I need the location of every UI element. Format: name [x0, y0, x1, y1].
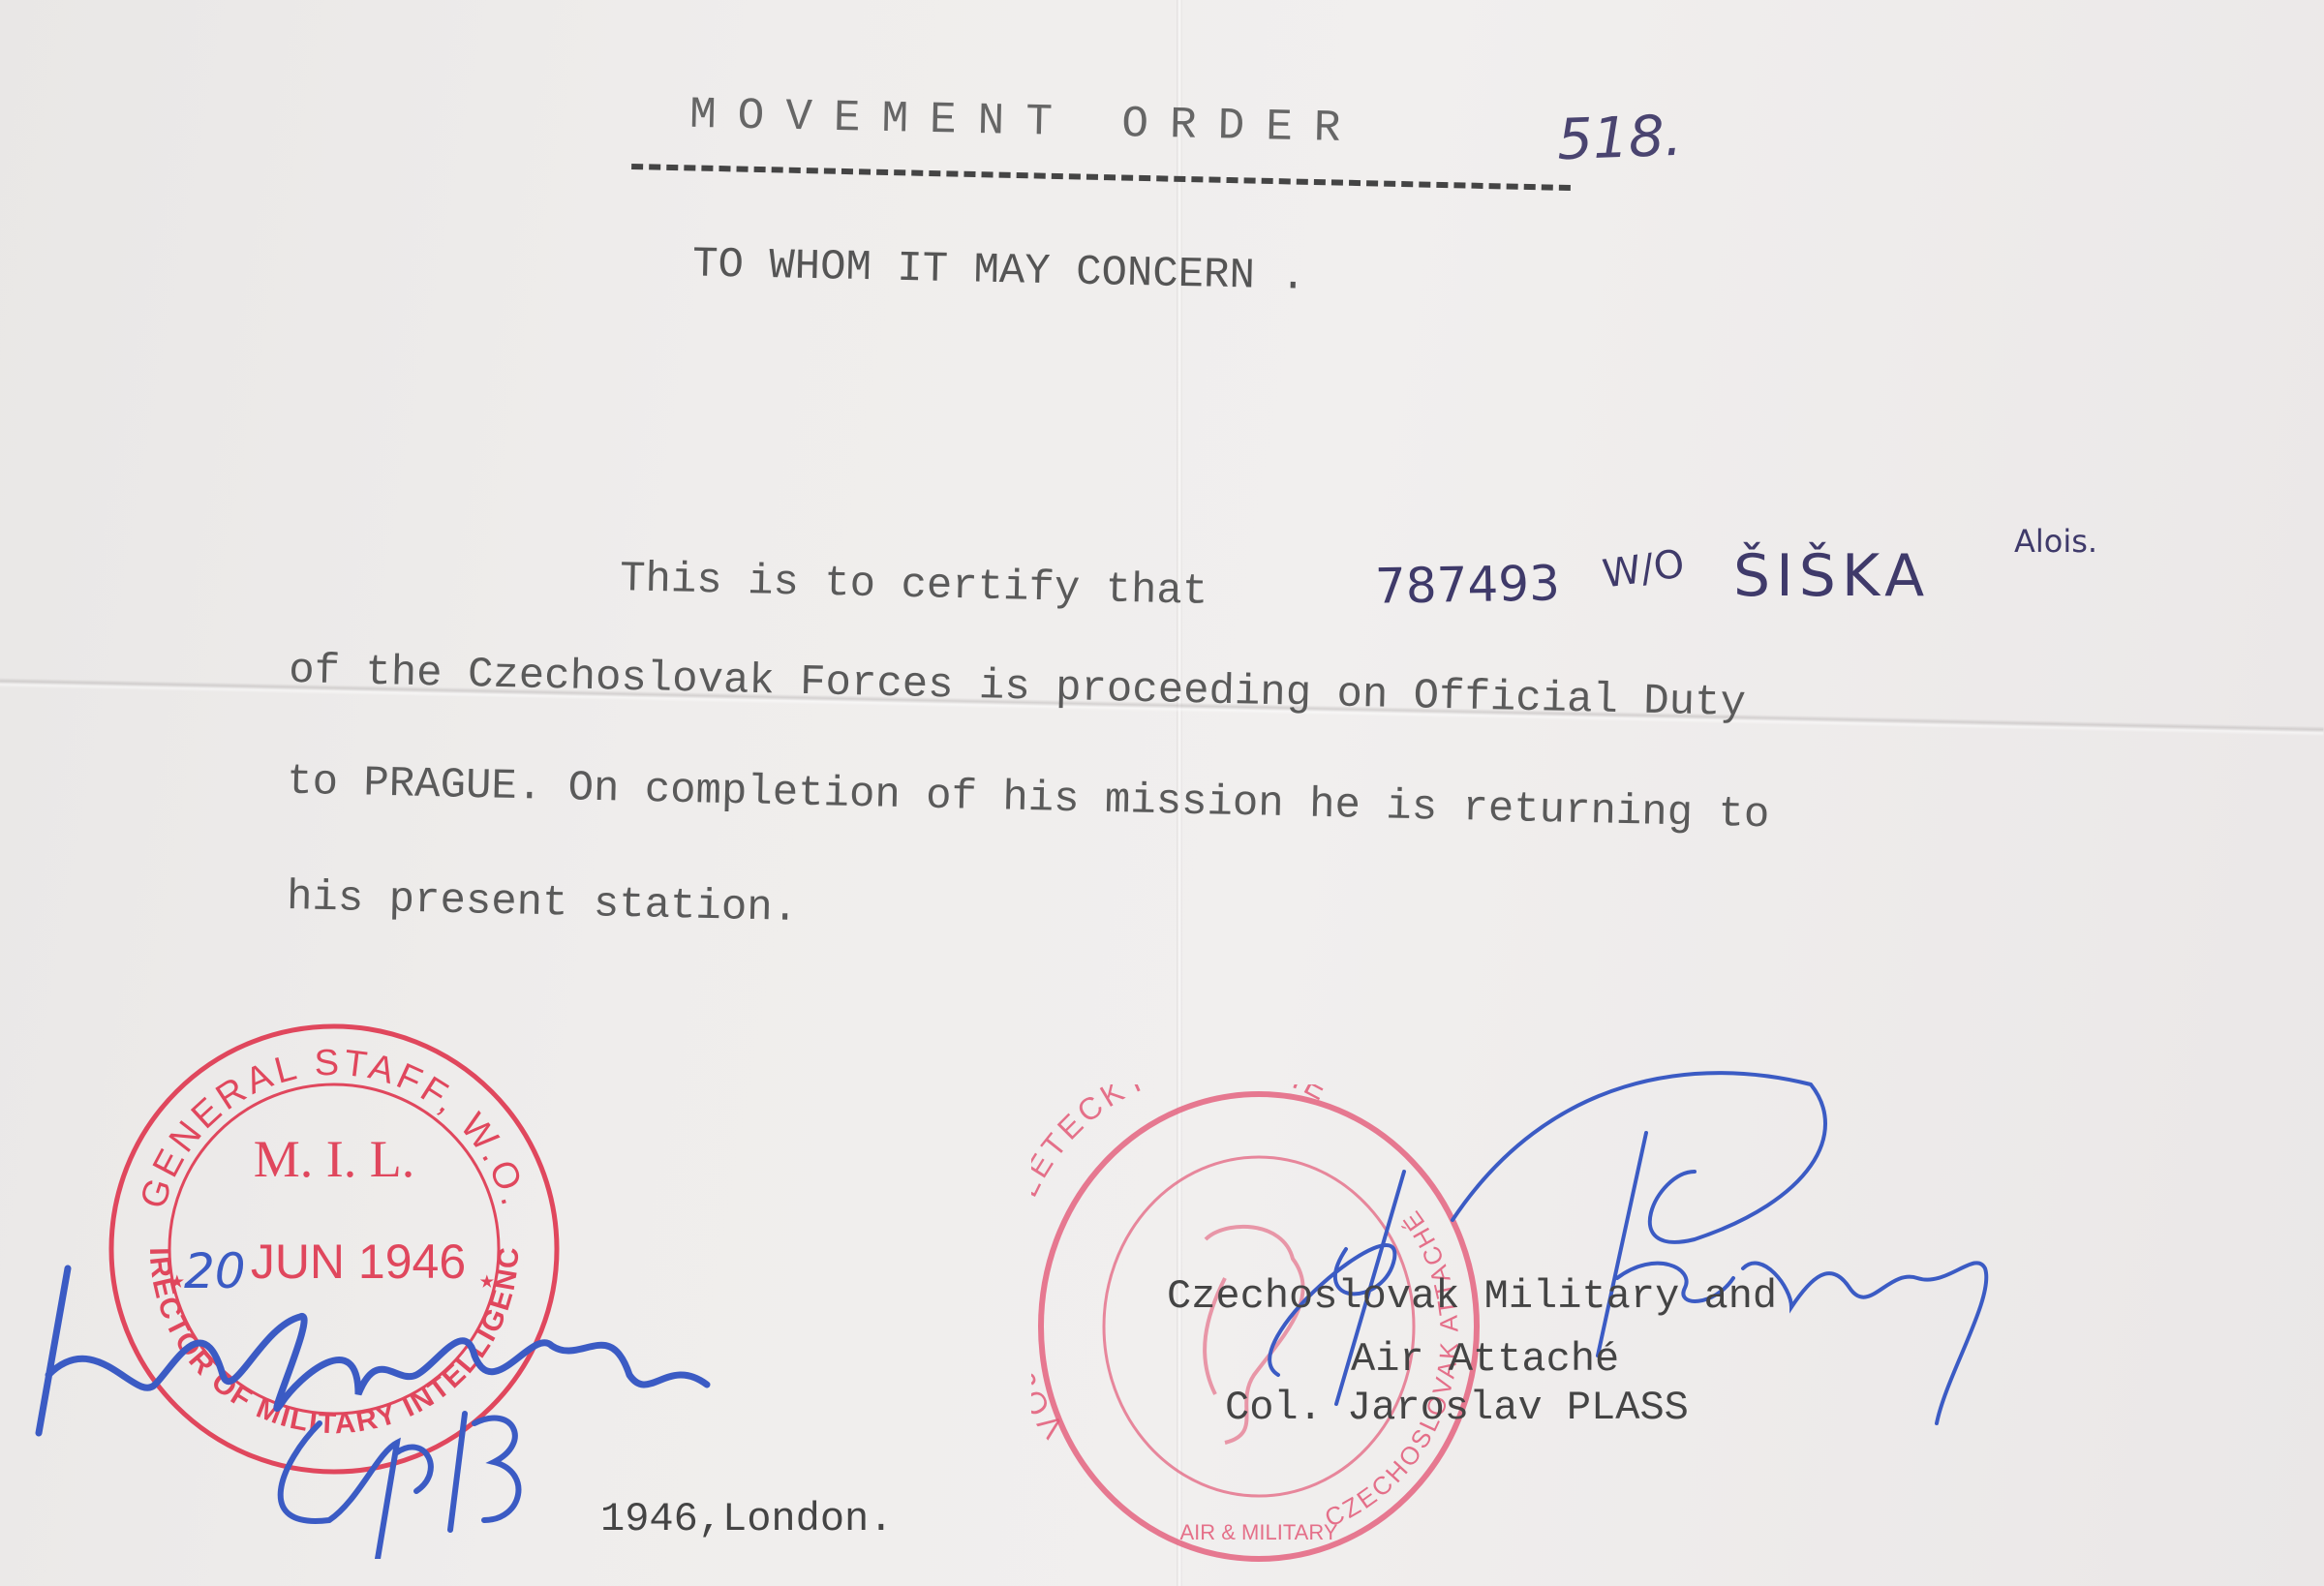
signature-block-line-1: Czechoslovak Military and	[1167, 1273, 1777, 1320]
body-line-3: to PRAGUE. On completion of his mission …	[287, 758, 1770, 840]
body-line-2: of the Czechoslovak Forces is proceeding…	[289, 647, 1747, 728]
signature-block-line-2: Air Attaché	[1351, 1336, 1619, 1383]
heading-underline	[631, 164, 1571, 191]
signature-block-line-3: Col. Jaroslav PLASS	[1225, 1385, 1689, 1431]
document-heading: MOVEMENT ORDER	[689, 90, 1362, 155]
salutation: TO WHOM IT MAY CONCERN .	[692, 240, 1307, 301]
place-date: 1946,London.	[600, 1496, 893, 1542]
surname: ŠIŠKA	[1733, 542, 1930, 610]
order-number: 518.	[1556, 103, 1683, 172]
first-name: Alois.	[2014, 523, 2097, 560]
svg-text:AIR & MILITARY: AIR & MILITARY	[1179, 1520, 1337, 1544]
svg-text:M. I. L.: M. I. L.	[254, 1130, 414, 1188]
body-line-1: This is to certify that	[620, 555, 1208, 617]
body-line-4: his present station.	[287, 873, 799, 933]
rank: W/O	[1600, 541, 1687, 596]
service-number: 787493	[1375, 555, 1561, 614]
